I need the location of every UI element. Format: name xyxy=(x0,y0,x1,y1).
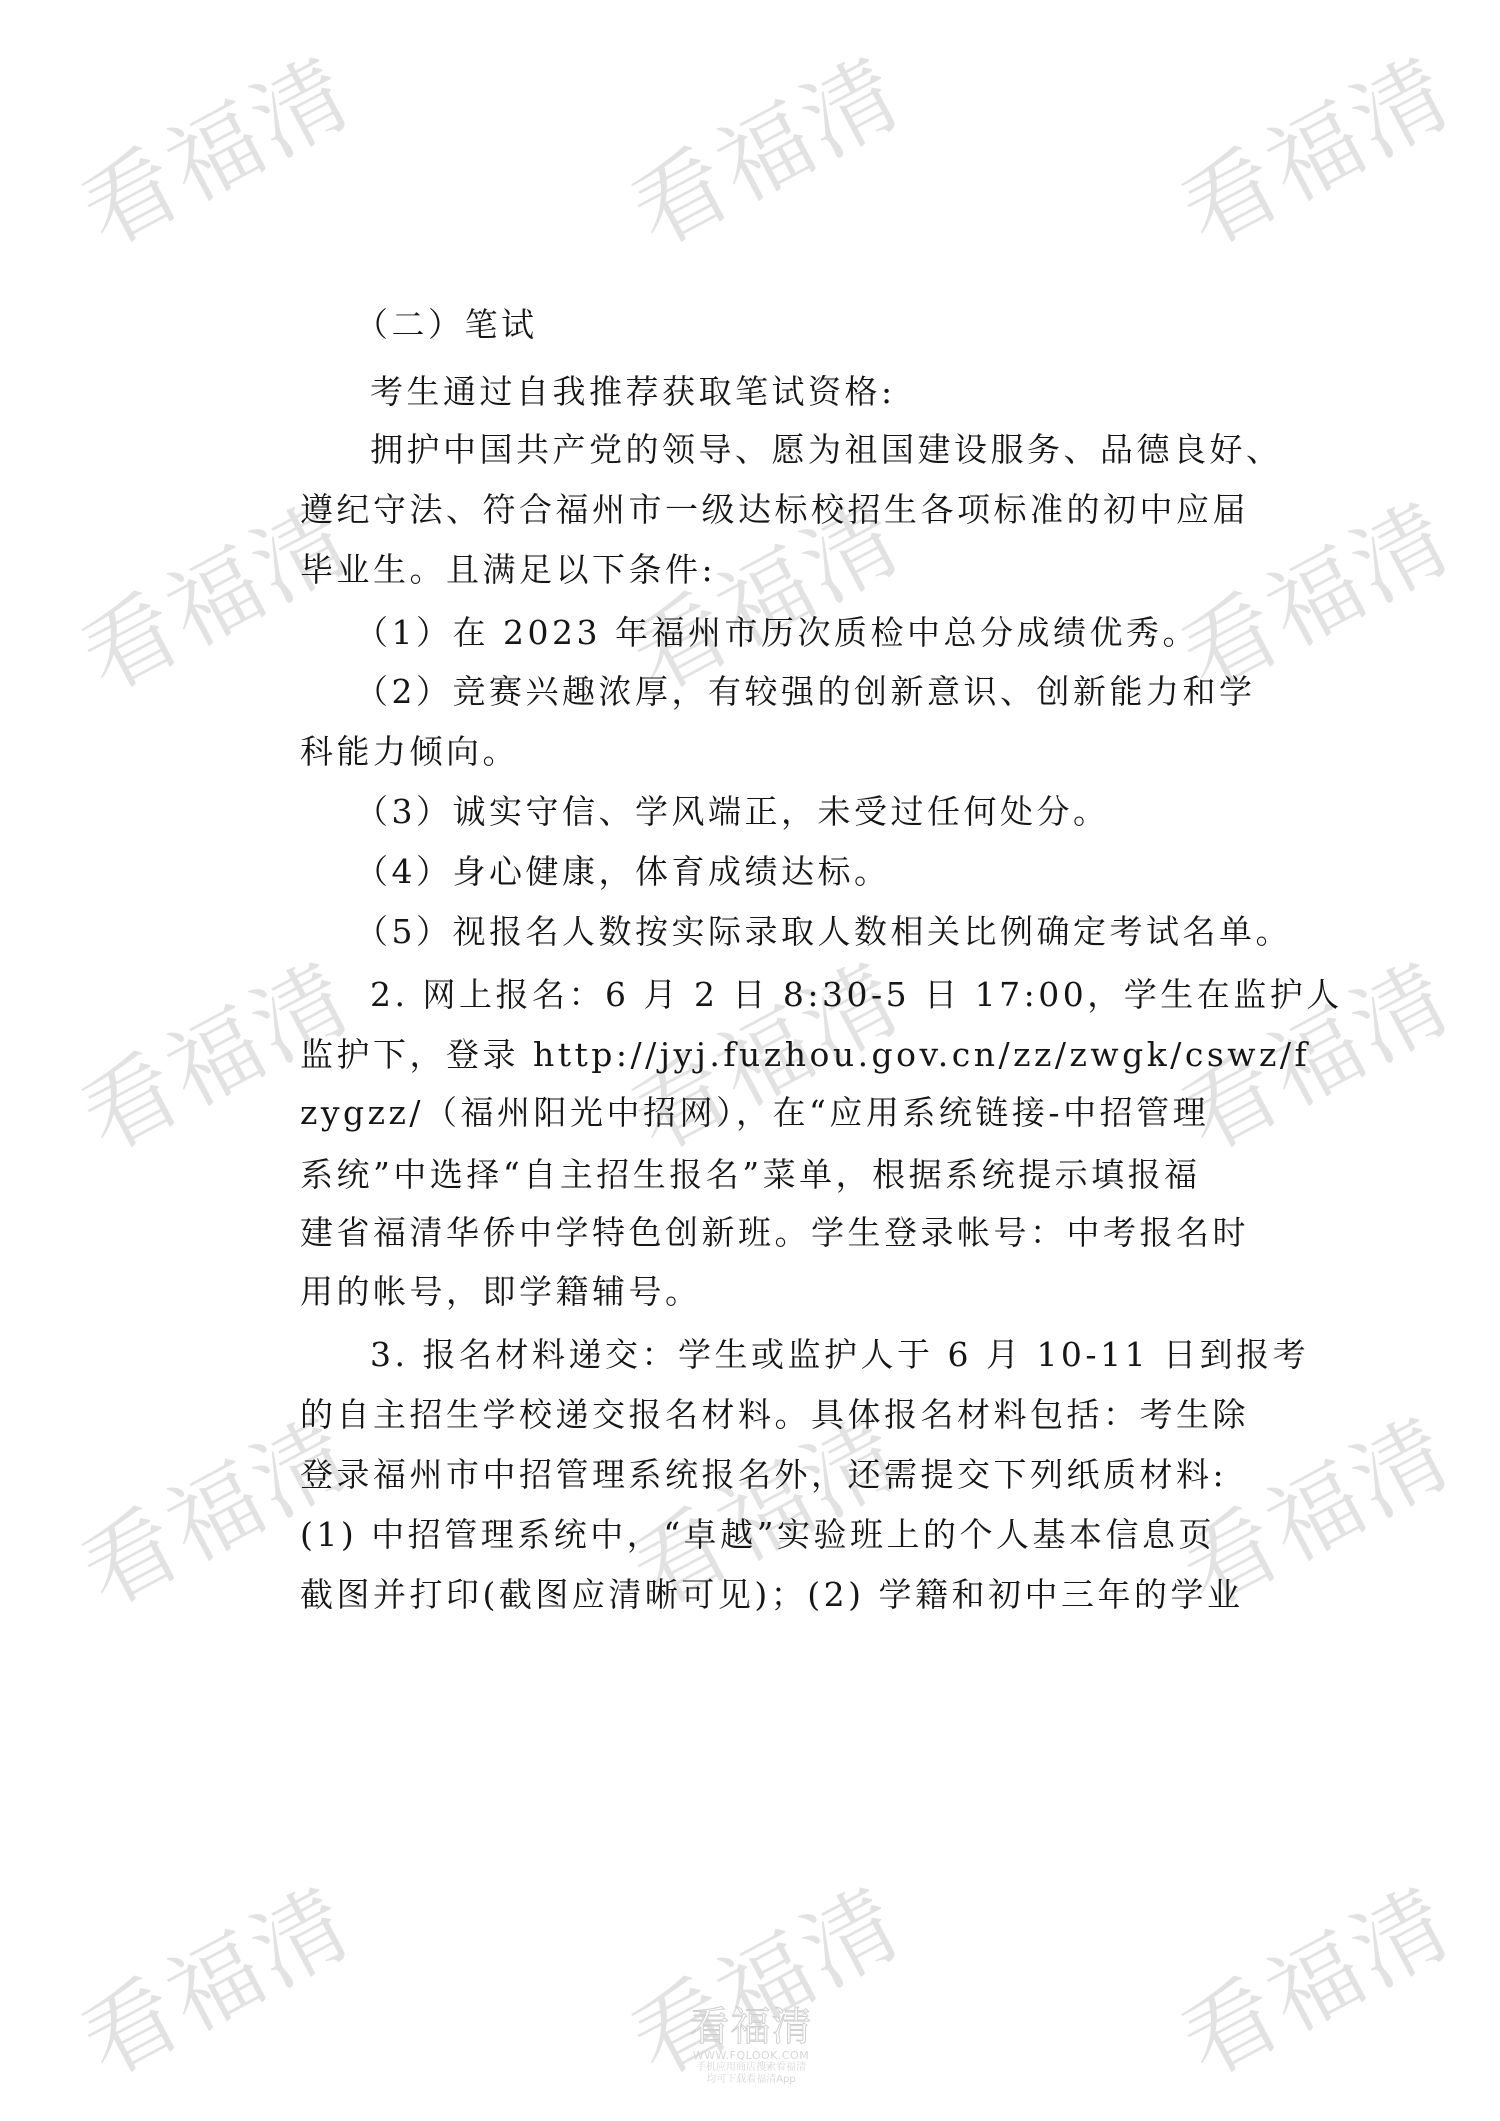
logo-url: WWW.FQLOOK.COM xyxy=(686,2049,816,2062)
condition-item-1: （1）在 2023 年福州市历次质检中总分成绩优秀。 xyxy=(355,613,1285,653)
materials-submission-heading: 3. 报名材料递交：学生或监护人于 6 月 10-11 日到报考 xyxy=(370,1335,1230,1375)
paragraph-line: 系统”中选择“自主招生报名”菜单，根据系统提示填报福 xyxy=(300,1155,1230,1195)
logo-tip-1: 手机应用商店搜索看福清 xyxy=(686,2062,816,2074)
paragraph-line: (1) 中招管理系统中，“卓越”实验班上的个人基本信息页 xyxy=(300,1515,1230,1555)
paragraph-line: 科能力倾向。 xyxy=(300,732,1230,772)
paragraph-line: 考生通过自我推荐获取笔试资格: xyxy=(370,372,1230,412)
watermark-text: 看福清 xyxy=(1156,20,1472,272)
paragraph-line: 登录福州市中招管理系统报名外，还需提交下列纸质材料: xyxy=(300,1455,1230,1495)
registration-url-line[interactable]: 监护下，登录 http://jyj.fuzhou.gov.cn/zz/zwgk/… xyxy=(300,1035,1230,1075)
paragraph-line: 的自主招生学校递交报名材料。具体报名材料包括：考生除 xyxy=(300,1395,1230,1435)
watermark-text: 看福清 xyxy=(1156,1850,1472,2102)
document-page: 看福清看福清看福清看福清看福清看福清看福清看福清看福清看福清看福清看福清看福清看… xyxy=(0,0,1500,2121)
paragraph-line: 建省福清华侨中学特色创新班。学生登录帐号：中考报名时 xyxy=(300,1213,1230,1253)
logo-tip-2: 均可下载看福清App xyxy=(686,2074,816,2086)
paragraph-line: 拥护中国共产党的领导、愿为祖国建设服务、品德良好、 xyxy=(370,430,1230,470)
paragraph-line: zygzz/（福州阳光中招网），在“应用系统链接-中招管理 xyxy=(300,1093,1230,1133)
section-heading: （二）笔试 xyxy=(355,305,1285,345)
logo-name: 看福清 xyxy=(686,2005,816,2049)
paragraph-line: 毕业生。且满足以下条件: xyxy=(300,550,1230,590)
online-registration-heading: 2. 网上报名：6 月 2 日 8:30-5 日 17:00，学生在监护人 xyxy=(370,975,1230,1015)
paragraph-line: 遵纪守法、符合福州市一级达标校招生各项标准的初中应届 xyxy=(300,490,1230,530)
watermark-text: 看福清 xyxy=(606,20,922,272)
condition-item-2: （2）竞赛兴趣浓厚，有较强的创新意识、创新能力和学 xyxy=(355,672,1285,712)
paragraph-line: 用的帐号，即学籍辅号。 xyxy=(300,1272,1230,1312)
footer-logo: 看福清 WWW.FQLOOK.COM 手机应用商店搜索看福清 均可下载看福清Ap… xyxy=(686,2005,816,2086)
condition-item-4: （4）身心健康，体育成绩达标。 xyxy=(355,852,1285,892)
condition-item-5: （5）视报名人数按实际录取人数相关比例确定考试名单。 xyxy=(355,912,1285,952)
condition-item-3: （3）诚实守信、学风端正，未受过任何处分。 xyxy=(355,792,1285,832)
watermark-text: 看福清 xyxy=(56,20,372,272)
watermark-text: 看福清 xyxy=(56,1850,372,2102)
paragraph-line: 截图并打印(截图应清晰可见)；(2) 学籍和初中三年的学业 xyxy=(300,1575,1230,1615)
